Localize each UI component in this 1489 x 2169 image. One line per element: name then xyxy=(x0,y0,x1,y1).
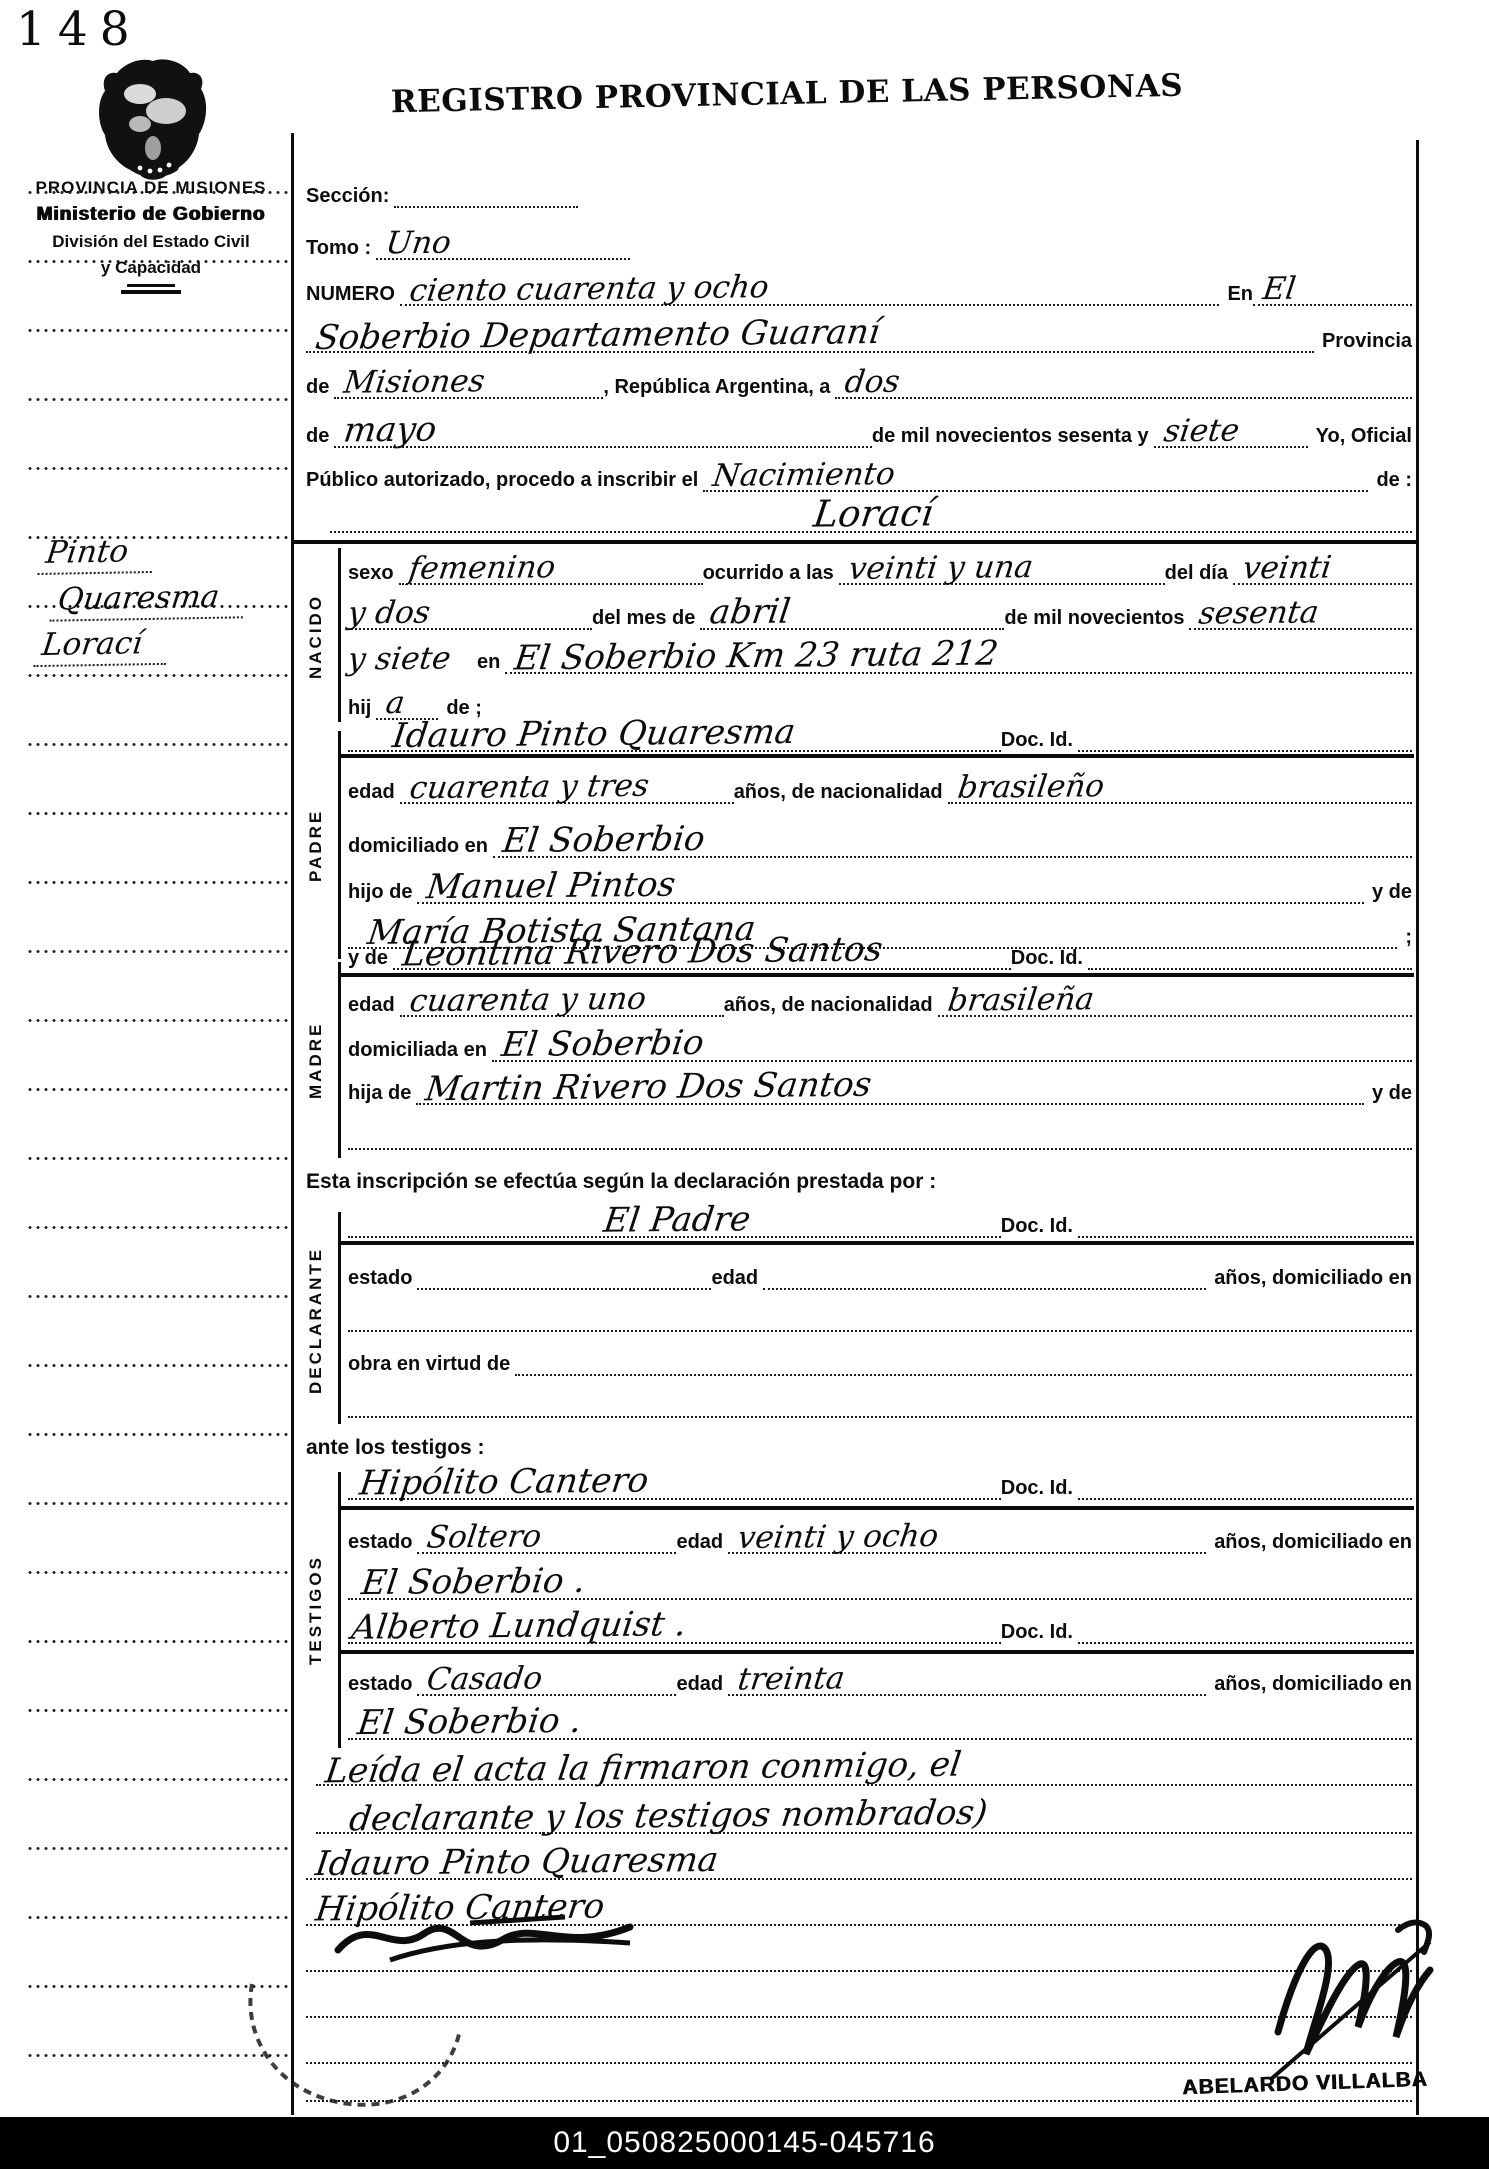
witness2-doc-label: Doc. Id. xyxy=(1001,1622,1078,1644)
provincia-line: Misiones xyxy=(334,368,603,399)
sexo-line: femenino xyxy=(399,554,703,585)
witness1-estado-line: Soltero xyxy=(417,1523,676,1554)
signature-1-line: Idauro Pinto Quaresma xyxy=(306,1846,1412,1880)
declarante-name-line: El Padre xyxy=(348,1204,1001,1238)
nacido-section-label: NACIDO xyxy=(301,566,331,706)
witness1-estado-row: estado Soltero edad veinti y ocho años, … xyxy=(348,1508,1412,1554)
declaration-intro: Esta inscripción se efectúa según la dec… xyxy=(306,1171,941,1194)
declarante-blank-row-1 xyxy=(348,1286,1412,1332)
witness2-name-line: Alberto Lundquist . xyxy=(348,1610,1001,1644)
seccion-row: Sección: xyxy=(306,162,786,208)
madre-edad-row: edad cuarenta y uno años, de nacionalida… xyxy=(348,971,1412,1017)
en-line: El xyxy=(1253,275,1412,306)
madre-domicilio-row: domiciliada en El Soberbio xyxy=(348,1016,1412,1062)
witness1-estado: Soltero xyxy=(425,1522,543,1553)
tomo-row: Tomo : Uno xyxy=(306,214,786,260)
padre-grandfather: Manuel Pintos xyxy=(425,868,677,903)
padre-y-de-label: y de xyxy=(1364,882,1412,904)
mes-label: del mes de xyxy=(592,608,700,630)
witness2-estado-label: estado xyxy=(348,1674,417,1696)
year-value-1: sesenta xyxy=(1197,598,1320,629)
inscribe-row: Público autorizado, procedo a inscribir … xyxy=(306,446,1412,492)
seccion-label: Sección: xyxy=(306,186,394,208)
madre-name-row: y de Leontina Rivero Dos Santos Doc. Id. xyxy=(348,924,1412,970)
year-label-n: de mil novecientos xyxy=(1004,608,1189,630)
day-value-2: y dos xyxy=(346,598,432,628)
nacido-month-row: y dos del mes de abril de mil noveciento… xyxy=(348,584,1412,630)
madre-y-de-label: y de xyxy=(348,948,393,970)
padre-nac-value: brasileño xyxy=(956,772,1106,803)
padre-domicilio-row: domiciliado en El Soberbio xyxy=(348,812,1412,858)
tomo-line: Uno xyxy=(376,229,630,260)
witness1-domicilio-row: El Soberbio . xyxy=(348,1554,1412,1600)
padre-bracket xyxy=(338,731,341,959)
de-label-1: de xyxy=(306,377,334,399)
witness1-edad-label: edad xyxy=(676,1532,728,1554)
numero-row: NUMERO ciento cuarenta y ocho En El xyxy=(306,260,1412,306)
round-stamp-icon xyxy=(238,1978,468,2113)
testigos-bracket xyxy=(338,1472,341,1748)
closing-line-2: declarante y los testigos nombrados) xyxy=(316,1800,1412,1834)
day-line: dos xyxy=(835,368,1412,399)
madre-doc-label: Doc. Id. xyxy=(1011,948,1088,970)
footer-code: 01_050825000145-045716 xyxy=(553,2126,935,2160)
witness2-edad-line: treinta xyxy=(728,1665,1206,1696)
padre-grandfather-line: Manuel Pintos xyxy=(417,870,1364,904)
dia-label: del día xyxy=(1165,563,1233,585)
madre-nac-line: brasileña xyxy=(938,986,1412,1017)
nacido-sexo-row: sexo femenino ocurrido a las veinti y un… xyxy=(348,539,1412,585)
year-line: siete xyxy=(1154,417,1308,448)
madre-bracket xyxy=(338,962,341,1158)
scanned-birth-certificate: 148 PROVINCIA DE MISIONES Ministerio de … xyxy=(0,0,1489,2169)
witness2-name-row: Alberto Lundquist . Doc. Id. xyxy=(348,1598,1412,1644)
witness2-dom-line: El Soberbio . xyxy=(348,1706,1412,1740)
padre-hijo-de-row: hijo de Manuel Pintos y de xyxy=(348,858,1412,904)
numero-line: ciento cuarenta y ocho xyxy=(400,275,1220,306)
witness1-doc-label: Doc. Id. xyxy=(1001,1478,1078,1500)
month-value-n: abril xyxy=(708,595,792,628)
margin-name-2: Quaresma xyxy=(49,578,247,621)
madre-blank-row xyxy=(348,1104,1412,1150)
madre-edad-line: cuarenta y uno xyxy=(400,986,724,1017)
madre-y-de-label-2: y de xyxy=(1364,1083,1412,1105)
scribble-signature-icon xyxy=(330,1905,650,1975)
provincia-row: de Misiones , República Argentina, a dos xyxy=(306,353,1412,399)
witness2-estado: Casado xyxy=(425,1664,544,1695)
madre-grandfather-line: Martin Rivero Dos Santos xyxy=(416,1071,1364,1105)
declarante-doc-label: Doc. Id. xyxy=(1001,1216,1078,1238)
official-signature-icon xyxy=(1248,1912,1438,2087)
margin-ruled-lines xyxy=(26,158,288,2088)
witness2-doc-line xyxy=(1078,1642,1412,1644)
witness2-domicilio: El Soberbio . xyxy=(356,1705,584,1740)
madre-section-label: MADRE xyxy=(301,995,331,1125)
year-label: de mil novecientos sesenta y xyxy=(872,426,1154,448)
witness1-estado-label: estado xyxy=(348,1532,417,1554)
closing-blank-row-1 xyxy=(306,1972,1412,2018)
witness1-edad-line: veinti y ocho xyxy=(728,1523,1206,1554)
declarante-blank-row-2 xyxy=(348,1372,1412,1418)
month-value: mayo xyxy=(342,413,439,446)
witness1-dom-label: años, domiciliado en xyxy=(1206,1532,1412,1554)
oficial-label: Yo, Oficial xyxy=(1308,426,1412,448)
madre-grandfather: Martin Rivero Dos Santos xyxy=(424,1068,874,1105)
tomo-value: Uno xyxy=(384,228,453,258)
year-line-2: y siete xyxy=(348,645,477,674)
ocurrido-label: ocurrido a las xyxy=(703,563,839,585)
closing-line-1-row: Leída el acta la firmaron conmigo, el xyxy=(316,1740,1412,1786)
witness1-doc-line xyxy=(1078,1498,1412,1500)
place-row: Soberbio Departamento Guaraní Provincia xyxy=(306,307,1412,353)
testigos-section-label: TESTIGOS xyxy=(301,1528,331,1693)
declarante-estado-row: estado edad años, domiciliado en xyxy=(348,1244,1412,1290)
day-line-2: y dos xyxy=(348,599,592,630)
padre-edad-line: cuarenta y tres xyxy=(400,773,734,804)
provincia-value: Misiones xyxy=(342,367,486,398)
birthplace-line: El Soberbio Km 23 ruta 212 xyxy=(505,640,1412,674)
day-value-1: veinti xyxy=(1241,553,1333,583)
nacido-bracket xyxy=(338,548,341,722)
madre-name: Leontina Rivero Dos Santos xyxy=(401,933,885,970)
madre-name-line: Leontina Rivero Dos Santos xyxy=(393,936,1011,970)
declarante-value: El Padre xyxy=(602,1203,753,1237)
madre-hija-de-row: hija de Martin Rivero Dos Santos y de xyxy=(348,1059,1412,1105)
madre-dom-line: El Soberbio xyxy=(492,1028,1412,1062)
madre-nac-label: años, de nacionalidad xyxy=(724,995,938,1017)
hour-line: veinti y una xyxy=(839,554,1165,585)
declarant-signature: Idauro Pinto Quaresma xyxy=(314,1844,721,1881)
madre-nac-value: brasileña xyxy=(946,985,1096,1016)
year-value-2: y siete xyxy=(346,644,452,675)
padre-edad-value: cuarenta y tres xyxy=(408,771,651,803)
padre-dom-label: domiciliado en xyxy=(348,836,493,858)
declarante-doc-line xyxy=(1078,1236,1412,1238)
witness2-edad-label: edad xyxy=(676,1674,728,1696)
birthplace-value: El Soberbio Km 23 ruta 212 xyxy=(513,637,1001,674)
witness1-dom-line: El Soberbio . xyxy=(348,1566,1412,1600)
seccion-blank xyxy=(394,206,578,208)
witness1-name: Hipólito Cantero xyxy=(358,1464,651,1499)
witness2-edad: treinta xyxy=(736,1664,846,1695)
witness1-domicilio: El Soberbio . xyxy=(360,1565,588,1600)
form-right-border xyxy=(1416,140,1419,2115)
year-line-n: sesenta xyxy=(1189,599,1412,630)
padre-hijo-label: hijo de xyxy=(348,882,417,904)
witness1-edad: veinti y ocho xyxy=(736,1522,940,1554)
padre-name: Idauro Pinto Quaresma xyxy=(391,716,798,753)
madre-edad-label: edad xyxy=(348,995,400,1017)
numero-value: ciento cuarenta y ocho xyxy=(408,273,771,306)
month-line: mayo xyxy=(334,414,872,448)
padre-dom-value: El Soberbio xyxy=(501,823,707,857)
month-row: de mayo de mil novecientos sesenta y sie… xyxy=(306,402,1412,448)
place-line: Soberbio Departamento Guaraní xyxy=(306,319,1314,353)
provincia-label: Provincia xyxy=(1314,331,1412,353)
place-value: Soberbio Departamento Guaraní xyxy=(314,316,882,354)
witness2-estado-row: estado Casado edad treinta años, domicil… xyxy=(348,1650,1412,1696)
madre-hija-label: hija de xyxy=(348,1083,416,1105)
en-label: En xyxy=(1219,284,1253,306)
madre-doc-line xyxy=(1088,968,1412,970)
padre-nac-line: brasileño xyxy=(948,773,1412,804)
witness2-estado-line: Casado xyxy=(417,1665,676,1696)
sexo-value: femenino xyxy=(407,553,557,584)
padre-name-line: Idauro Pinto Quaresma xyxy=(348,718,1001,752)
margin-name-1: Pinto xyxy=(37,533,156,575)
numero-label: NUMERO xyxy=(306,284,400,306)
registered-name: Lorací xyxy=(812,495,936,531)
declarante-section-label: DECLARANTE xyxy=(301,1228,331,1412)
year-value: siete xyxy=(1162,416,1241,446)
witness1-name-row: Hipólito Cantero Doc. Id. xyxy=(348,1454,1412,1500)
form-left-border xyxy=(291,133,294,2115)
de-label-2: de xyxy=(306,426,334,448)
padre-edad-label: edad xyxy=(348,782,400,804)
closing-text-2: declarante y los testigos nombrados) xyxy=(347,1796,989,1835)
month-line-n: abril xyxy=(700,596,1004,630)
en-label-n: en xyxy=(477,652,505,674)
day-line-1: veinti xyxy=(1233,554,1412,585)
declarante-obra-row: obra en virtud de xyxy=(348,1330,1412,1376)
footer-code-bar: 01_050825000145-045716 xyxy=(0,2117,1489,2169)
document-title: REGISTRO PROVINCIAL DE LAS PERSONAS xyxy=(382,68,1193,121)
signature-1-row: Idauro Pinto Quaresma xyxy=(306,1834,1412,1880)
declaration-intro-row: Esta inscripción se efectúa según la dec… xyxy=(306,1148,1306,1194)
hour-value: veinti y una xyxy=(847,553,1035,584)
padre-edad-row: edad cuarenta y tres años, de nacionalid… xyxy=(348,758,1412,804)
margin-name-3: Lorací xyxy=(33,625,170,667)
padre-section-label: PADRE xyxy=(301,780,331,910)
republica-label: , República Argentina, a xyxy=(603,377,835,399)
declarante-name-row: El Padre Doc. Id. xyxy=(348,1192,1412,1238)
closing-blank-line-3 xyxy=(306,2100,1412,2102)
page-number: 148 xyxy=(16,2,142,57)
tomo-label: Tomo : xyxy=(306,238,376,260)
nacido-place-row: y siete en El Soberbio Km 23 ruta 212 xyxy=(348,628,1412,674)
registered-name-row: Lorací xyxy=(330,487,1412,533)
witness1-name-line: Hipólito Cantero xyxy=(348,1466,1001,1500)
closing-text-1: Leída el acta la firmaron conmigo, el xyxy=(323,1748,963,1787)
sexo-label: sexo xyxy=(348,563,399,585)
padre-doc-label: Doc. Id. xyxy=(1001,730,1078,752)
witness2-name: Alberto Lundquist . xyxy=(350,1608,689,1644)
day-value: dos xyxy=(843,367,901,397)
en-value: El xyxy=(1261,274,1297,304)
padre-nac-label: años, de nacionalidad xyxy=(734,782,948,804)
closing-line-2-row: declarante y los testigos nombrados) xyxy=(316,1788,1412,1834)
registered-name-line: Lorací xyxy=(330,496,1412,533)
padre-doc-line xyxy=(1078,750,1412,752)
madre-edad-value: cuarenta y uno xyxy=(408,984,648,1016)
witness2-dom-label: años, domiciliado en xyxy=(1206,1674,1412,1696)
closing-line-1: Leída el acta la firmaron conmigo, el xyxy=(316,1752,1412,1786)
witness2-domicilio-row: El Soberbio . xyxy=(348,1694,1412,1740)
padre-name-row: Idauro Pinto Quaresma Doc. Id. xyxy=(348,706,1412,752)
madre-dom-value: El Soberbio xyxy=(500,1027,706,1061)
padre-dom-line: El Soberbio xyxy=(493,824,1412,858)
